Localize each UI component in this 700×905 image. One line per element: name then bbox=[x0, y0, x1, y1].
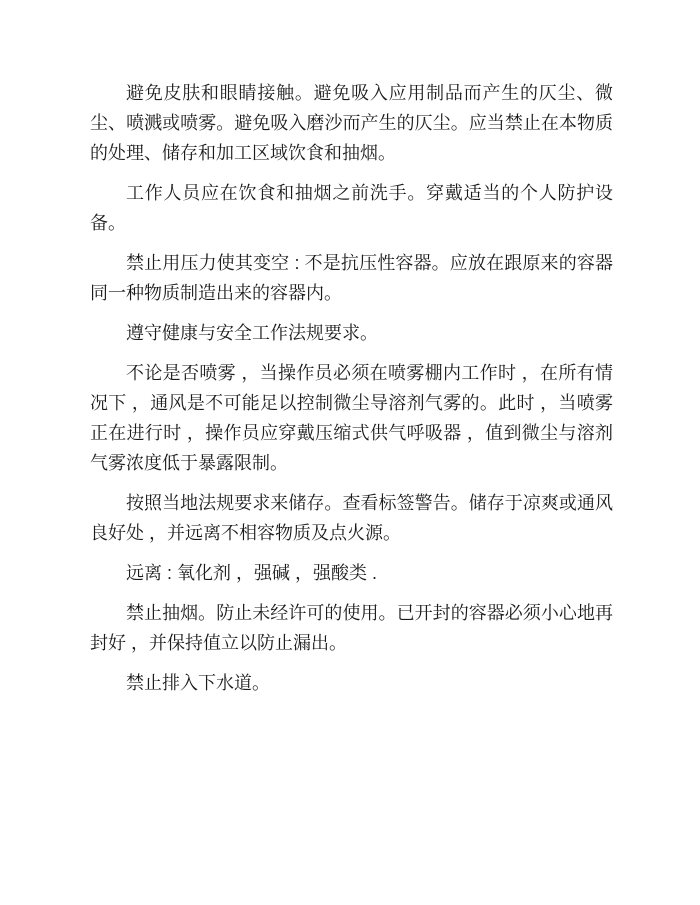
paragraph-wash-hands: 工作人员应在饮食和抽烟之前洗手。穿戴适当的个人防护设备。 bbox=[90, 178, 613, 238]
document-page: 避免皮肤和眼睛接触。避免吸入应用制品而产生的仄尘、微尘、喷溅或喷雾。避免吸入磨沙… bbox=[0, 0, 700, 905]
paragraph-no-smoking: 禁止抽烟。防止未经许可的使用。已开封的容器必须小心地再封好 ，并保持值立以防止漏… bbox=[90, 598, 613, 658]
paragraph-no-drain: 禁止排入下水道。 bbox=[90, 668, 613, 698]
paragraph-spray-booth: 不论是否喷雾 ，当操作员必须在喷雾棚内工作时 ，在所有情况下 ，通风是不可能足以… bbox=[90, 358, 613, 478]
paragraph-storage: 按照当地法规要求来储存。查看标签警告。储存于凉爽或通风良好处 ，并远离不相容物质… bbox=[90, 488, 613, 548]
paragraph-pressure-container: 禁止用压力使其变空 : 不是抗压性容器。应放在跟原来的容器同一种物质制造出来的容… bbox=[90, 248, 613, 308]
paragraph-regulations: 遵守健康与安全工作法规要求。 bbox=[90, 318, 613, 348]
paragraph-avoid-contact: 避免皮肤和眼睛接触。避免吸入应用制品而产生的仄尘、微尘、喷溅或喷雾。避免吸入磨沙… bbox=[90, 78, 613, 168]
paragraph-keep-away: 远离 : 氧化剂 ，强碱 ，强酸类 . bbox=[90, 558, 613, 588]
